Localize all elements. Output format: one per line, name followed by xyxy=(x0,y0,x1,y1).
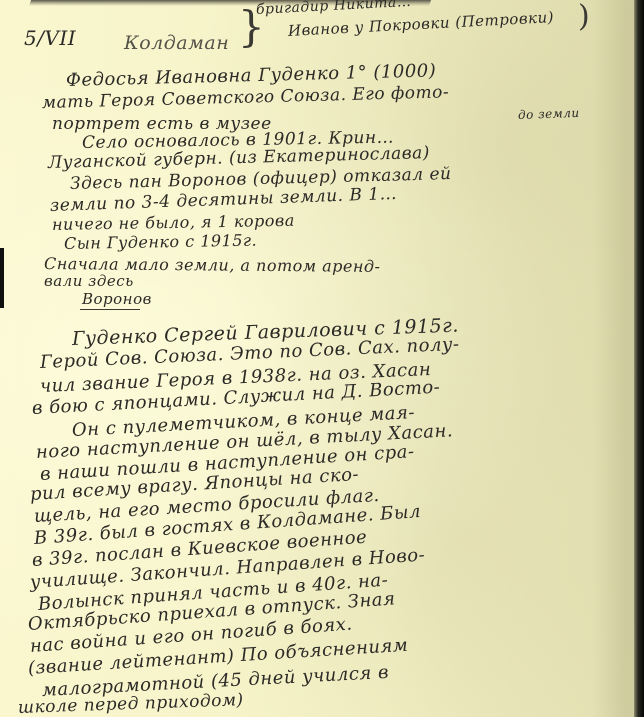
section1-line-11: вали здесь xyxy=(44,272,134,290)
section1-line-9: Сын Гуденко с 1915г. xyxy=(64,231,257,253)
bracket-note-line-1: бригадир Никита… xyxy=(256,0,412,18)
signature: Воронов xyxy=(82,290,152,308)
margin-note: до земли xyxy=(518,106,580,122)
bracket-right: ) xyxy=(578,2,590,32)
section1-line-8: ничего не было, я 1 корова xyxy=(52,211,295,234)
scan-border-left-mark xyxy=(0,248,4,308)
document-page: 5/VII Колдаман } бригадир Никита… Иванов… xyxy=(0,0,644,717)
signature-underline xyxy=(80,309,140,310)
scan-border-right xyxy=(634,0,644,717)
location-heading: Колдаман xyxy=(124,32,229,54)
date-mark: 5/VII xyxy=(24,26,76,50)
